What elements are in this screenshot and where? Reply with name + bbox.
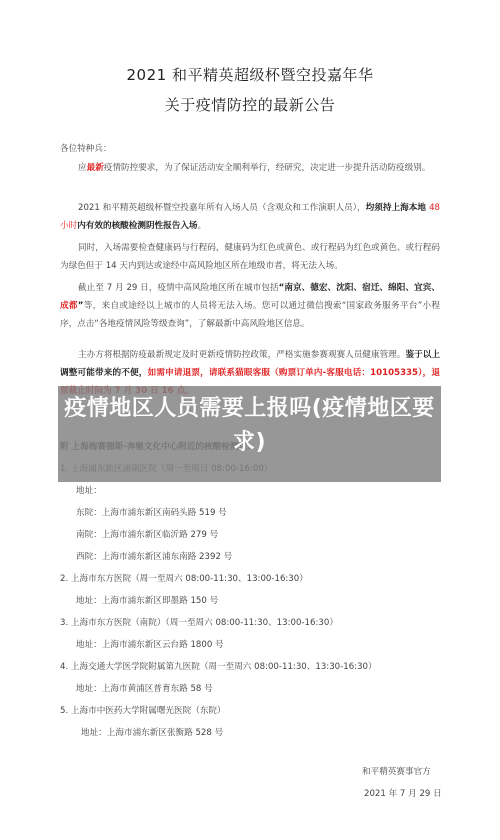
site-3-address: 地址：上海市浦东新区云台路 1800 号 (76, 638, 224, 652)
site-1-address-label: 地址： (76, 484, 102, 498)
site-1-address-east: 东院：上海市浦东新区南码头路 519 号 (76, 506, 227, 520)
site-5-address: 地址：上海市浦东新区张衡路 528 号 (81, 726, 223, 740)
signature-date: 2021 年 7 月 29 日 (364, 787, 442, 801)
headline-overlay-text: 疫情地区人员需要上报吗(疫情地区要求) (58, 392, 441, 460)
site-1-address-west: 西院：上海市浦东新区浦东南路 2392 号 (76, 550, 232, 564)
site-2-name: 2. 上海市东方医院（周一至周六 08:00-11:30、13:00-16:30… (60, 572, 308, 586)
document-subtitle: 关于疫情防控的最新公告 (0, 94, 500, 115)
highlight-chengdu: 成都 (60, 301, 78, 311)
site-4-name: 4. 上海交通大学医学院附属第九医院（周一至周六 08:00-11:30、13:… (60, 660, 377, 674)
site-3-name: 3. 上海市东方医院（南院）（周一至周六 08:00-11:30、13:00-1… (60, 616, 338, 630)
paragraph-1: 应最新疫情防控要求，为了保证活动安全顺利举行，经研究，决定进一步提升活动防疫级别… (60, 159, 440, 177)
paragraph-2: 2021 和平精英超级杯暨空投嘉年所有入场人员（含观众和工作演职人员），均须持上… (60, 199, 440, 235)
site-1-address-south: 南院：上海市浦东新区临沂路 279 号 (76, 528, 218, 542)
paragraph-4: 截止至 7 月 29 日，疫情中高风险地区所在城市包括“南京、德宏、沈阳、宿迁、… (60, 279, 440, 333)
greeting: 各位特种兵： (60, 140, 440, 158)
paragraph-3: 同时，入场需要检查健康码与行程码，健康码为红色或黄色、或行程码为红色或黄色、或行… (60, 239, 440, 275)
site-5-name: 5. 上海市中医药大学附属曙光医院（东院） (60, 704, 226, 718)
signature: 和平精英赛事官方 (362, 765, 431, 779)
site-4-address: 地址：上海市黄浦区普育东路 58 号 (76, 682, 213, 696)
document-title: 2021 和平精英超级杯暨空投嘉年华 (0, 64, 500, 85)
site-2-address: 地址：上海市浦东新区即墨路 150 号 (76, 594, 218, 608)
highlight-latest: 最新 (87, 163, 104, 173)
